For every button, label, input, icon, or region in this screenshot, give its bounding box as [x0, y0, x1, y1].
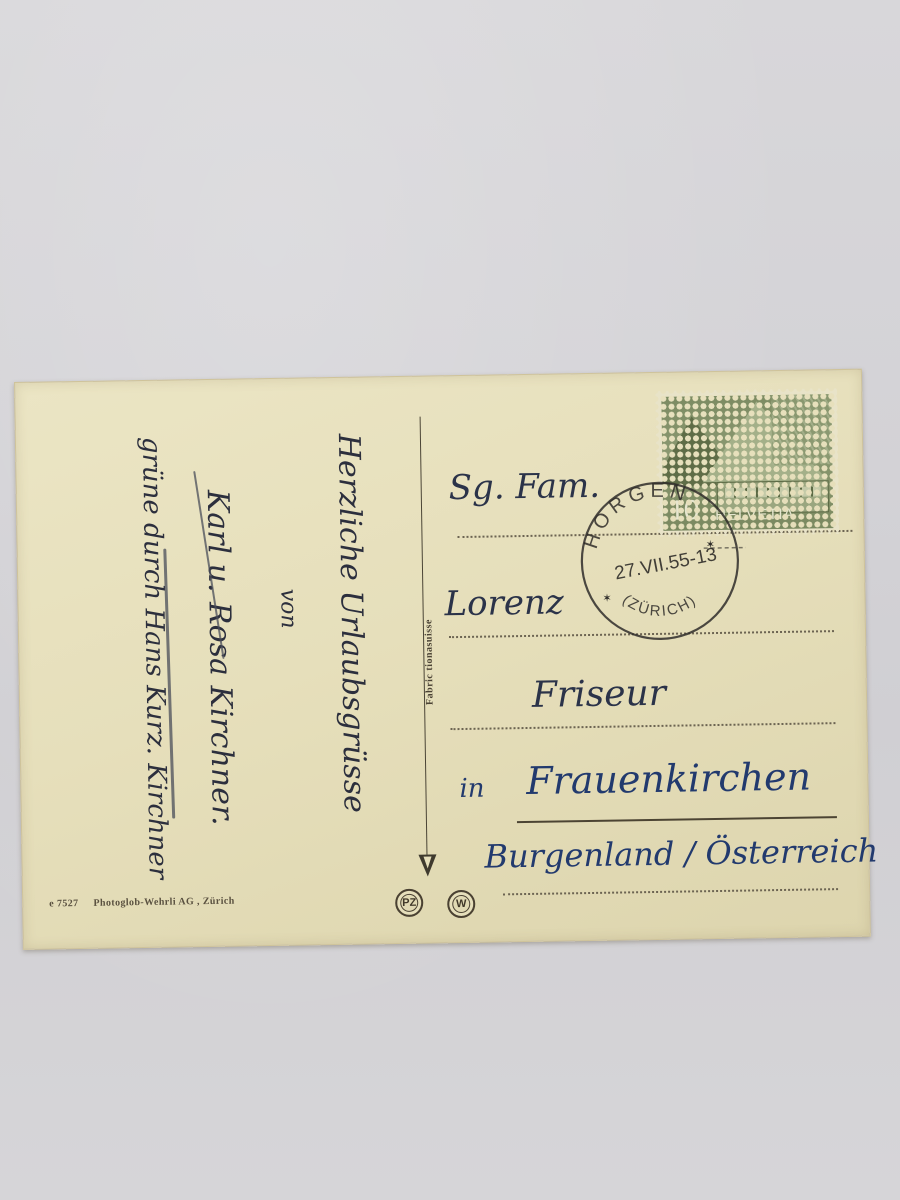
address-rule-underline: [517, 816, 837, 823]
address-rule: [503, 888, 838, 895]
svg-text:✶: ✶: [602, 593, 611, 605]
divider-arrow-inner: [424, 857, 432, 869]
svg-text:(ZÜRICH): (ZÜRICH): [619, 590, 700, 621]
svg-text:HORGEN: HORGEN: [579, 479, 694, 551]
postmark-town: HORGEN: [579, 479, 694, 551]
postcard: Herzliche Urlaubsgrüsse von Karl u. Rosa…: [14, 369, 871, 950]
svg-text:✶: ✶: [706, 539, 715, 551]
postmark-region: (ZÜRICH): [619, 590, 700, 621]
address-town: Frauenkirchen: [526, 755, 811, 803]
w-logo-icon: W: [447, 890, 475, 918]
address-preposition: in: [459, 774, 485, 804]
divider-print: Fabric tionasuisse: [423, 612, 436, 712]
publisher-imprint: e 7527 Photoglob-Wehrli AG , Zürich: [49, 896, 235, 910]
address-region-country: Burgenland / Österreich: [484, 831, 878, 875]
pz-logo-icon: PZ: [395, 889, 423, 917]
postmark-icon: HORGEN 27.VII.55-13 (ZÜRICH) ✶ ✶: [573, 474, 748, 649]
catalog-number: e 7527: [49, 898, 79, 909]
postmark-date: 27.VII.55-13: [613, 544, 719, 584]
postmark-cancellation: HORGEN 27.VII.55-13 (ZÜRICH) ✶ ✶: [573, 474, 748, 649]
publisher-name: Photoglob-Wehrli AG , Zürich: [93, 896, 234, 909]
stamp-sun-rays: [771, 394, 832, 465]
address-rule: [450, 722, 835, 730]
address-name: Lorenz: [444, 582, 564, 624]
address-occupation: Friseur: [532, 673, 667, 716]
message-line-greeting: Herzliche Urlaubsgrüsse: [331, 433, 372, 813]
message-line-from: von: [275, 589, 301, 629]
